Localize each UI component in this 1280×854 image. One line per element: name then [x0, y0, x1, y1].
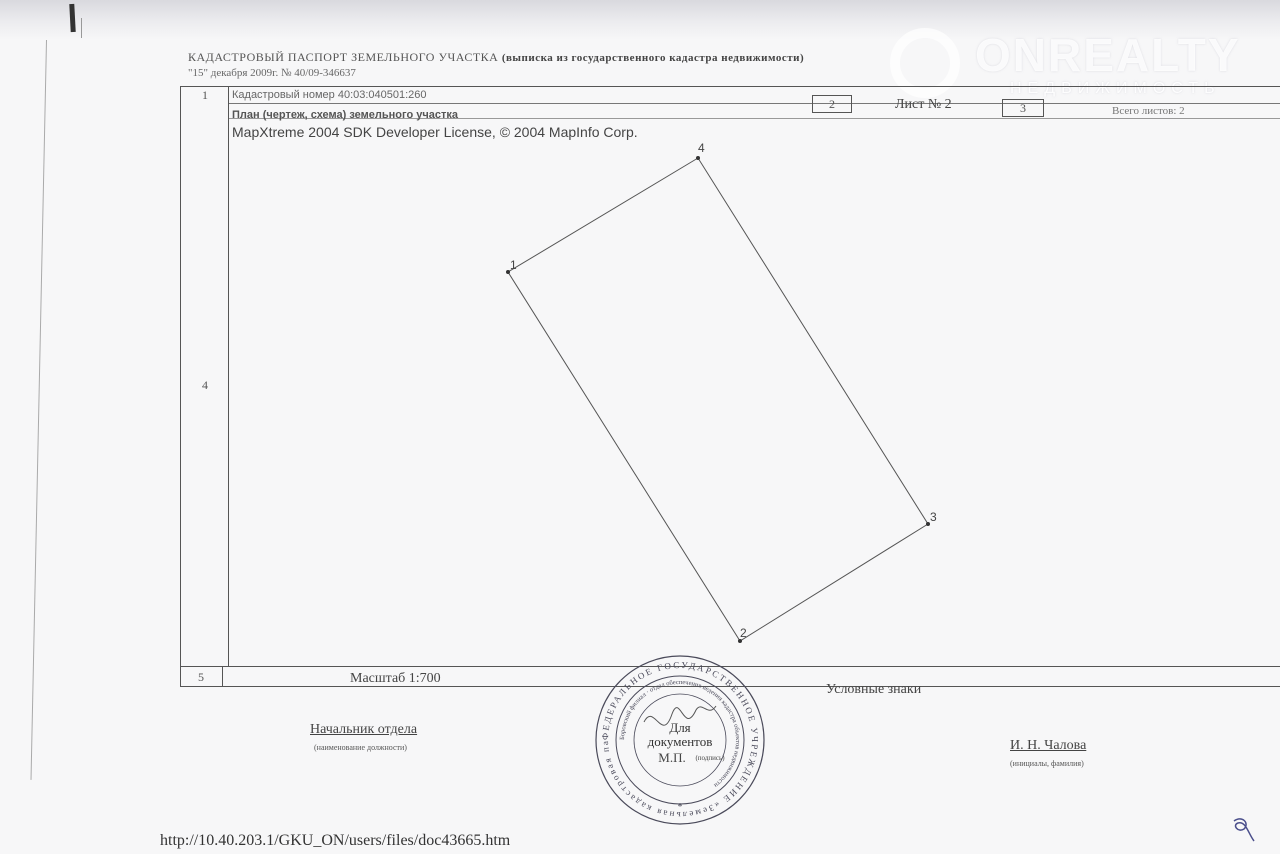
- position-caption: (наименование должности): [314, 743, 407, 752]
- vertex-marker: [696, 156, 700, 160]
- land-plot-boundary: [508, 158, 928, 641]
- official-stamp: ФЕДЕРАЛЬНОЕ ГОСУДАРСТВЕННОЕ УЧРЕЖДЕНИЕ «…: [592, 652, 768, 828]
- vertex-label: 1: [510, 258, 517, 272]
- stamp-signature-caption: (подпись): [695, 754, 725, 762]
- source-url: http://10.40.203.1/GKU_ON/users/files/do…: [160, 832, 510, 850]
- land-plot-vertices: 1234: [506, 141, 937, 643]
- vertex-label: 4: [698, 141, 705, 155]
- stamp-mp: М.П.: [658, 750, 685, 765]
- handwritten-mark: [1228, 815, 1258, 845]
- signer-name-caption: (инициалы, фамилия): [1010, 759, 1084, 768]
- signer-name: И. Н. Чалова: [1010, 738, 1086, 754]
- vertex-label: 2: [740, 626, 747, 640]
- position-title: Начальник отдела: [310, 722, 417, 738]
- stamp-center-text-2: документов: [648, 734, 713, 749]
- stamp-star-icon: *: [678, 802, 683, 813]
- stamp-center-text: Для: [669, 720, 690, 735]
- vertex-label: 3: [930, 510, 937, 524]
